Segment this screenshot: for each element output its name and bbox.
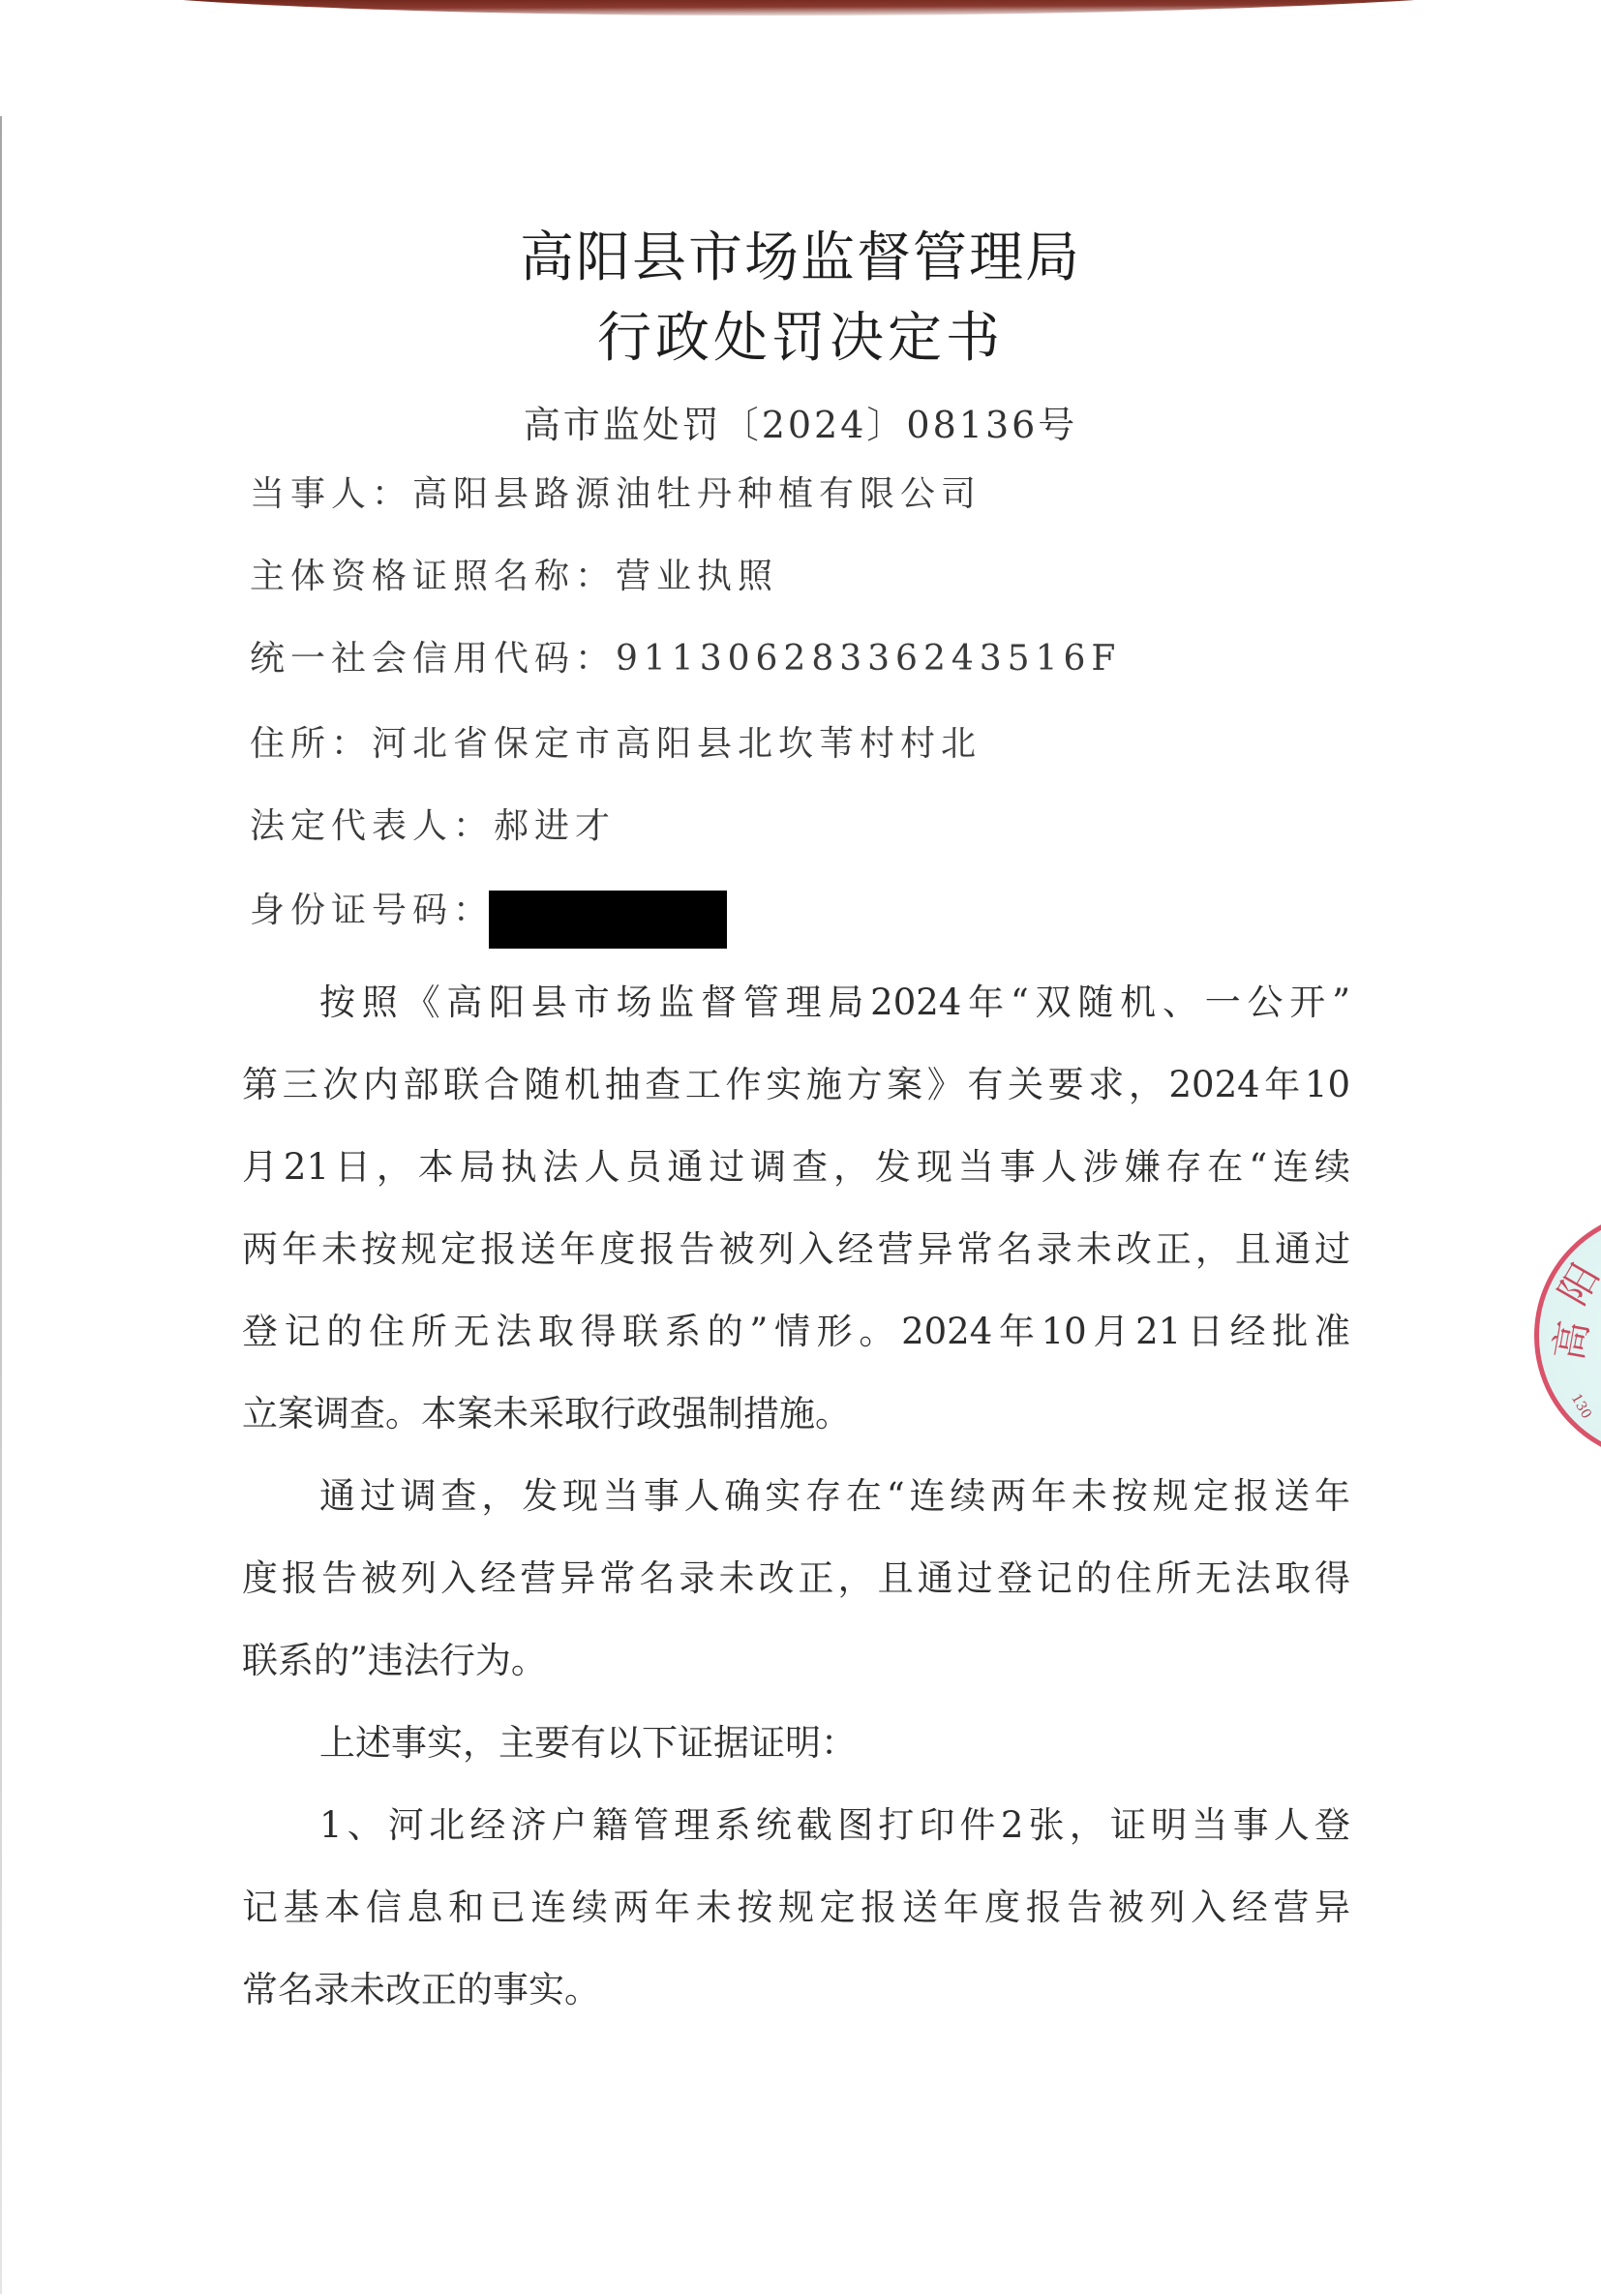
seal-char: 阳: [1554, 1258, 1601, 1312]
redaction-box: [489, 891, 727, 949]
document-number: 高市监处罚〔2024〕08136号: [0, 395, 1601, 448]
body-line: 上述事实，主要有以下证据证明：: [319, 1713, 1350, 1766]
body-line: 1、河北经济户籍管理系统截图打印件2张，证明当事人登: [319, 1796, 1350, 1848]
document-title: 行政处罚决定书: [0, 295, 1601, 373]
body-line: 月21日，本局执法人员通过调查，发现当事人涉嫌存在“连续: [242, 1137, 1350, 1190]
credit-code: 统一社会信用代码：91130628336243516F: [250, 631, 1121, 680]
license-name: 主体资格证照名称：营业执照: [250, 549, 778, 598]
legal-representative: 法定代表人：郝进才: [250, 799, 616, 848]
address: 住所：河北省保定市高阳县北坎苇村村北: [250, 716, 982, 766]
agency-title: 高阳县市场监督管理局: [0, 215, 1601, 292]
body-line: 联系的”违法行为。: [242, 1631, 1350, 1683]
body-line: 常名录未改正的事实。: [242, 1960, 1350, 2012]
body-line: 登记的住所无法取得联系的”情形。2024年10月21日经批准: [242, 1302, 1350, 1354]
body-line: 第三次内部联合随机抽查工作实施方案》有关要求，2024年10: [242, 1055, 1350, 1107]
seal-char: 高: [1550, 1318, 1594, 1363]
party-name: 当事人：高阳县路源油牡丹种植有限公司: [250, 467, 982, 516]
body-line: 两年未按规定报送年度报告被列入经营异常名录未改正，且通过: [242, 1220, 1350, 1272]
body-line: 记基本信息和已连续两年未按规定报送年度报告被列入经营异: [242, 1878, 1350, 1930]
body-line: 度报告被列入经营异常名录未改正，且通过登记的住所无法取得: [242, 1549, 1350, 1601]
body-line: 立案调查。本案未采取行政强制措施。: [242, 1384, 1350, 1436]
scan-top-edge: [19, 0, 1601, 18]
body-line: 通过调查，发现当事人确实存在“连续两年未按规定报送年: [319, 1466, 1350, 1519]
seal-number: 130: [1568, 1391, 1594, 1421]
body-line: 按照《高阳县市场监督管理局2024年“双随机、一公开”: [319, 973, 1350, 1025]
official-seal: 高 阳 130: [1534, 1210, 1601, 1462]
